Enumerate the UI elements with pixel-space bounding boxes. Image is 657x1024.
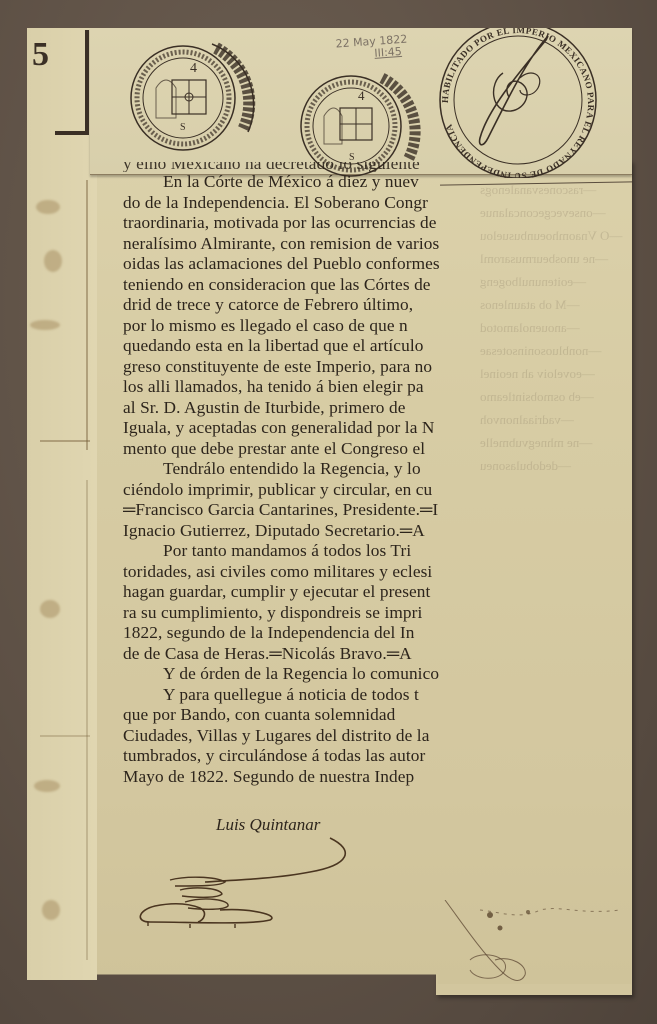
text-line: Mayo de 1822. Segundo de nuestra Indep — [123, 767, 443, 788]
signature-rubric-icon — [130, 830, 360, 930]
stain — [44, 250, 62, 272]
fold-crease — [40, 735, 90, 737]
frame-bracket — [55, 131, 89, 135]
text-line: ra su cumplimiento, y dispondreis se imp… — [123, 603, 443, 624]
text-line: Ignacio Gutierrez, Diputado Secretario.═… — [123, 521, 443, 542]
text-line: por lo mismo es llegado el caso de que n — [123, 316, 443, 337]
stain — [36, 200, 60, 214]
text-line: tumbrados, y circulándose á todas las au… — [123, 746, 443, 767]
svg-text:4: 4 — [358, 88, 365, 103]
pencil-annotation: 22 May 1822 III:45 — [335, 34, 408, 63]
text-line: neralísimo Almirante, con remision de va… — [123, 234, 443, 255]
show-through-text: —rasconesvanalenogs—onsevecgeconcalanue—… — [480, 178, 630, 477]
stain — [40, 600, 60, 618]
text-line: toridades, asi civiles como militares y … — [123, 562, 443, 583]
text-line: Ciudades, Villas y Lugares del distrito … — [123, 726, 443, 747]
text-line: Y para quellegue á noticia de todos t — [123, 685, 443, 706]
fold-crease — [86, 480, 88, 960]
stain — [30, 320, 60, 330]
text-line: En la Córte de México á diez y nuev — [123, 172, 443, 193]
fold-crease — [40, 440, 90, 442]
text-line: teniendo en consideracion que las Córtes… — [123, 275, 443, 296]
handwritten-scribble-icon — [440, 900, 630, 995]
imperial-habilitation-seal-icon: HABILITADO POR EL IMPERIO MEXICANO PARA … — [428, 28, 608, 178]
pencil-catalog-number: III:45 — [374, 45, 408, 59]
svg-text:4: 4 — [190, 61, 197, 76]
left-fragment-mark: 5 — [32, 38, 82, 128]
text-line: traordinaria, motivada por las ocurrenci… — [123, 213, 443, 234]
text-line: 1822, segundo de la Independencia del In — [123, 623, 443, 644]
text-line: hagan guardar, cumplir y ejecutar el pre… — [123, 582, 443, 603]
text-line: oidas las aclamaciones del Pueblo confor… — [123, 254, 443, 275]
text-line: ciéndolo imprimir, publicar y circular, … — [123, 480, 443, 501]
text-line: ═Francisco Garcia Cantarines, Presidente… — [123, 500, 443, 521]
text-line: drid de trece y catorce de Febrero últim… — [123, 295, 443, 316]
text-line: Tendrálo entendido la Regencia, y lo — [123, 459, 443, 480]
text-line: Iguala, y aceptadas con generalidad por … — [123, 418, 443, 439]
text-line: do de la Independencia. El Soberano Cong… — [123, 193, 443, 214]
text-line: los alli llamados, ha tenido á bien eleg… — [123, 377, 443, 398]
fold-crease — [86, 180, 88, 450]
text-line: de de Casa de Heras.═Nicolás Bravo.═A — [123, 644, 443, 665]
text-line: mento que debe prestar ante el Congreso … — [123, 439, 443, 460]
text-line: quedando esta en la libertad que el artí… — [123, 336, 443, 357]
text-line: al Sr. D. Agustin de Iturbide, primero d… — [123, 398, 443, 419]
svg-text:S: S — [180, 122, 186, 133]
text-line: greso constituyente de este Imperio, par… — [123, 357, 443, 378]
decree-body: y eino Mexicano ha decretado lo siguient… — [123, 162, 443, 787]
frame-bracket — [85, 30, 89, 135]
stain — [34, 780, 60, 792]
tax-seal-1-icon: 4 S — [128, 40, 278, 160]
stain — [42, 900, 60, 920]
text-line: Por tanto mandamos á todos los Tri — [123, 541, 443, 562]
text-line: y eino Mexicano ha decretado lo siguient… — [123, 162, 443, 172]
text-line: Y de órden de la Regencia lo comunico — [123, 664, 443, 685]
text-line: que por Bando, con cuanta solemnidad — [123, 705, 443, 726]
